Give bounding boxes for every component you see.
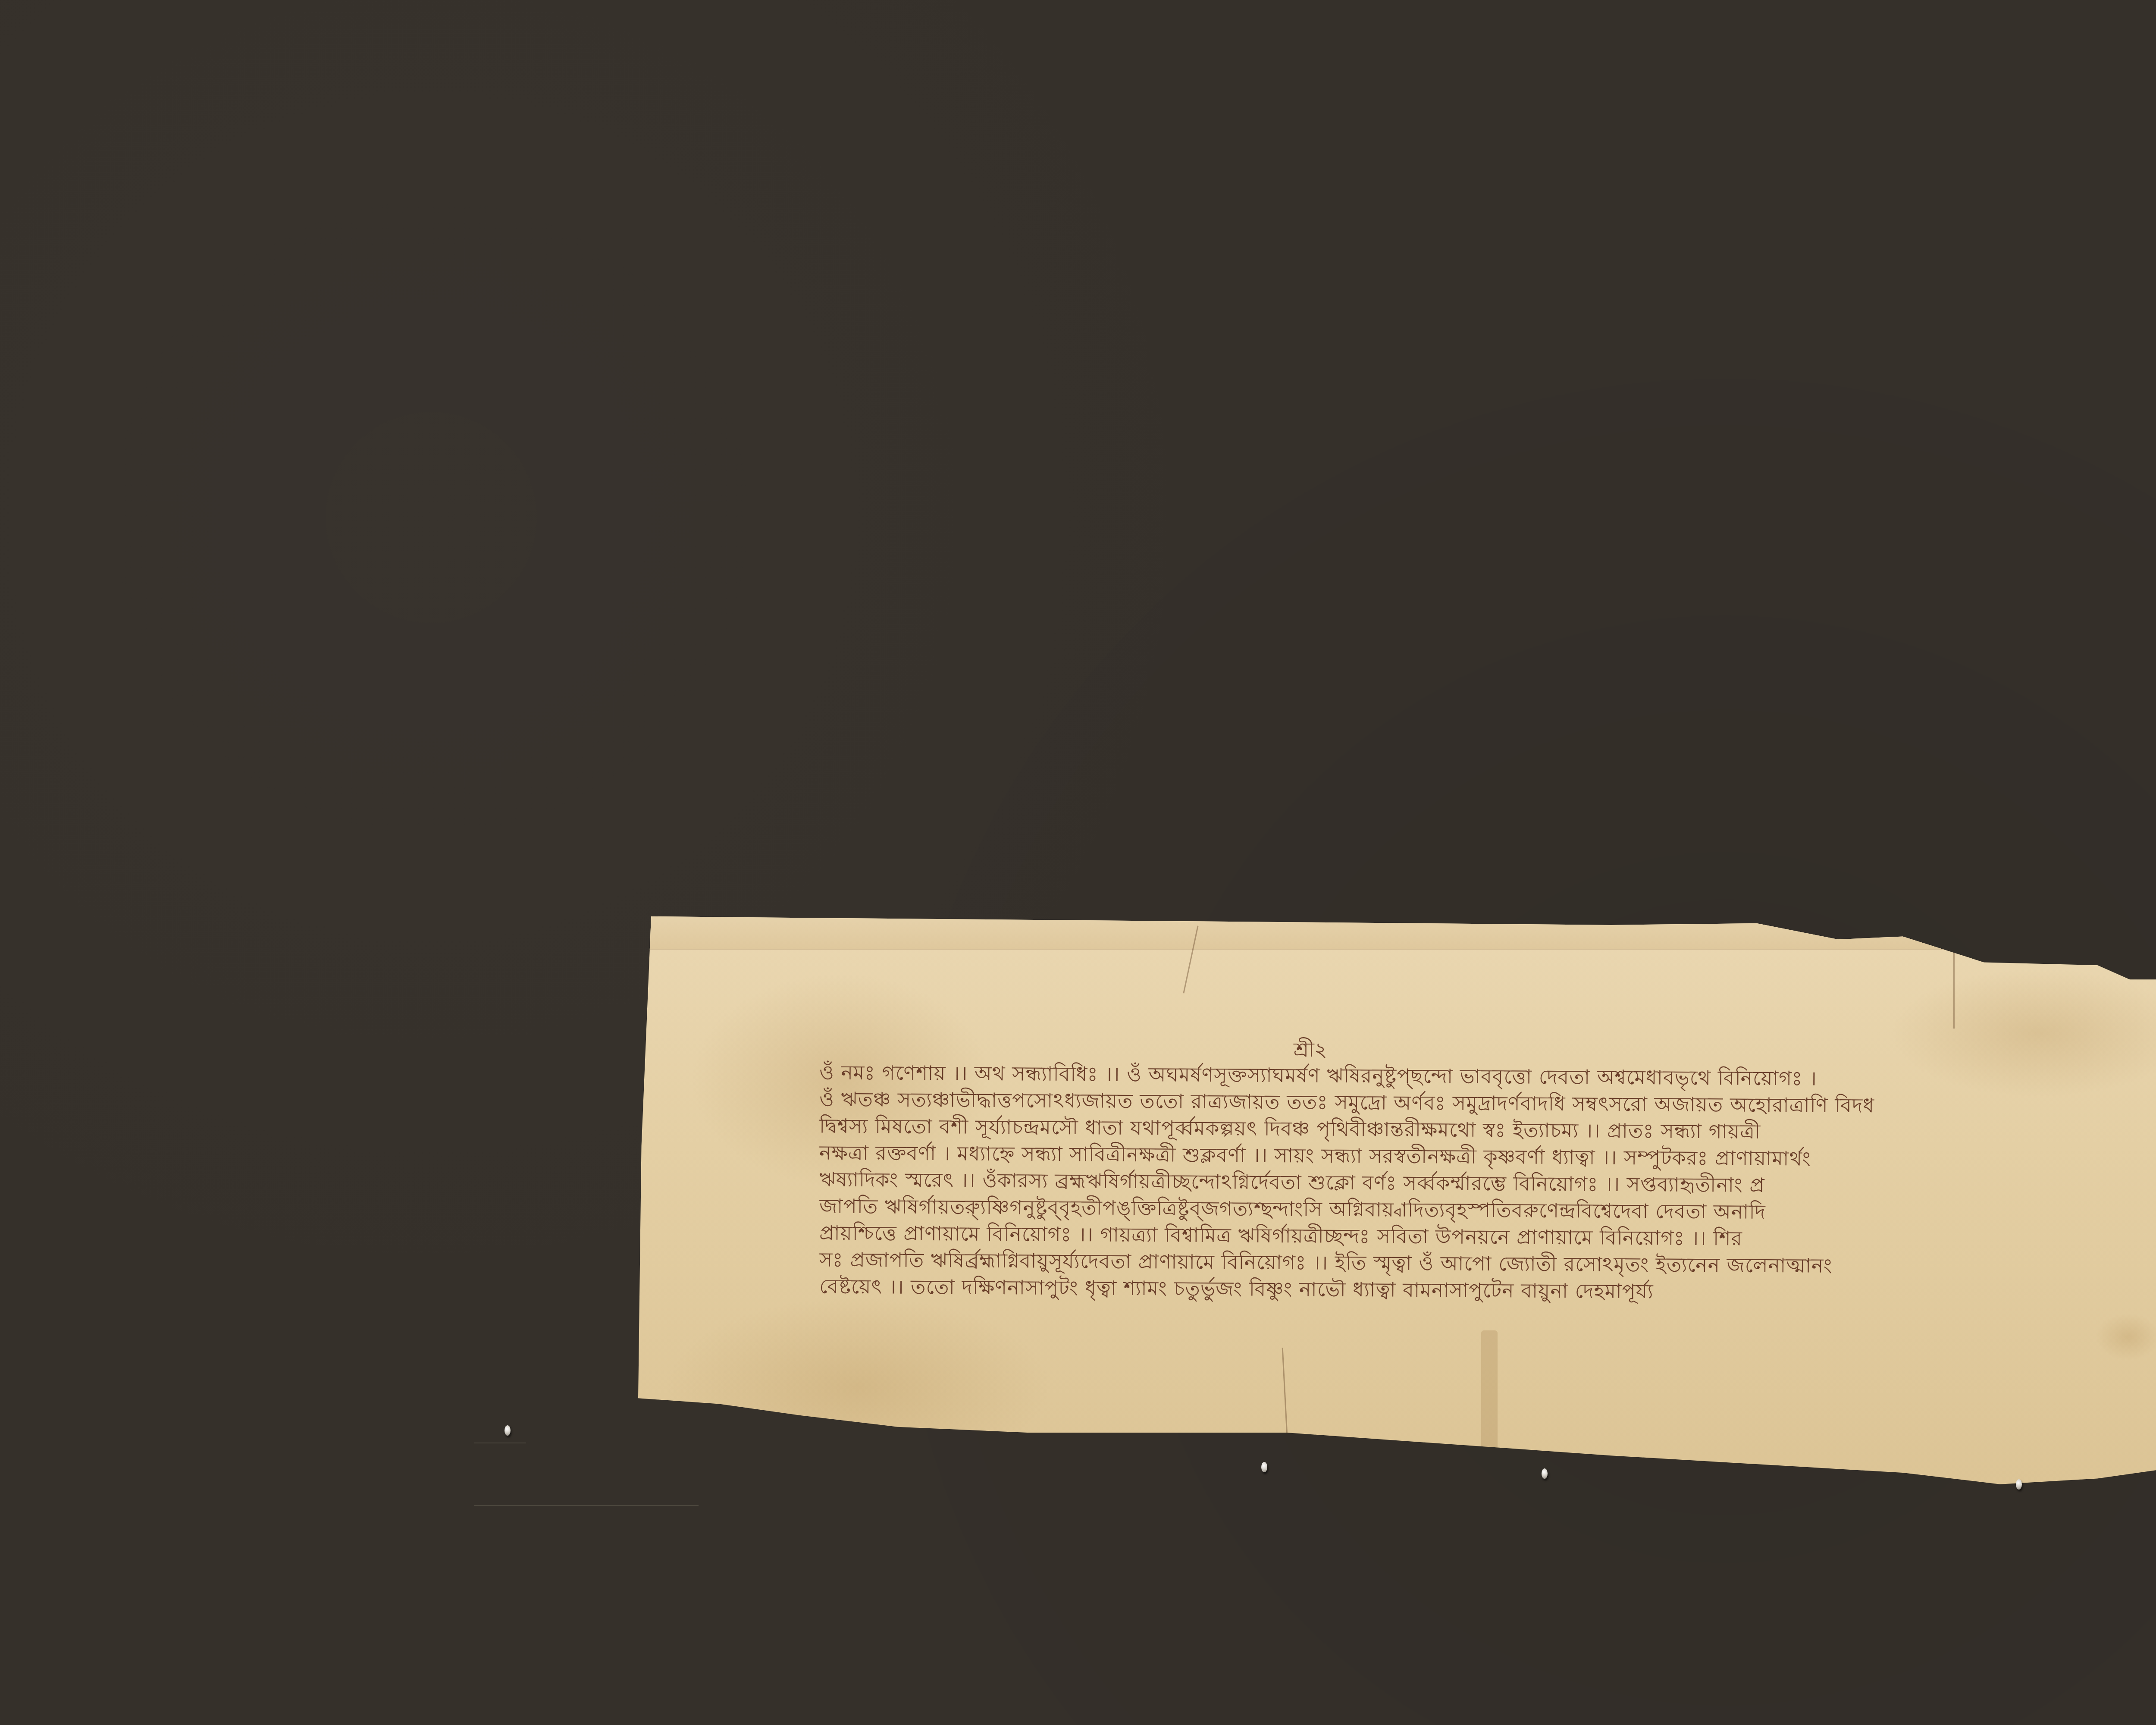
pin-icon <box>1261 1462 1267 1472</box>
water-stain <box>2096 1313 2156 1361</box>
paper-fold-mark <box>1481 1330 1498 1473</box>
pin-icon <box>1542 1468 1548 1479</box>
mounting-board: শ্রী২ ১ ওঁ নমঃ গণেশায় ।। অথ সন্ধ্যাবিধি… <box>0 0 2156 1725</box>
mounting-thread <box>474 1443 526 1443</box>
manuscript-text: ওঁ নমঃ গণেশায় ।। অথ সন্ধ্যাবিধিঃ ।। ওঁ … <box>819 1063 2156 1304</box>
water-stain <box>664 1296 1052 1477</box>
paper-tear <box>1282 1348 1290 1468</box>
manuscript-leaf: শ্রী২ ১ ওঁ নমঃ গণেশায় ।। অথ সন্ধ্যাবিধি… <box>638 916 2156 1490</box>
mounting-thread <box>474 1505 699 1506</box>
pin-icon <box>505 1425 511 1436</box>
pin-icon <box>2016 1479 2022 1490</box>
paper-tear <box>1953 929 1955 1029</box>
paper-tear <box>1183 925 1198 993</box>
